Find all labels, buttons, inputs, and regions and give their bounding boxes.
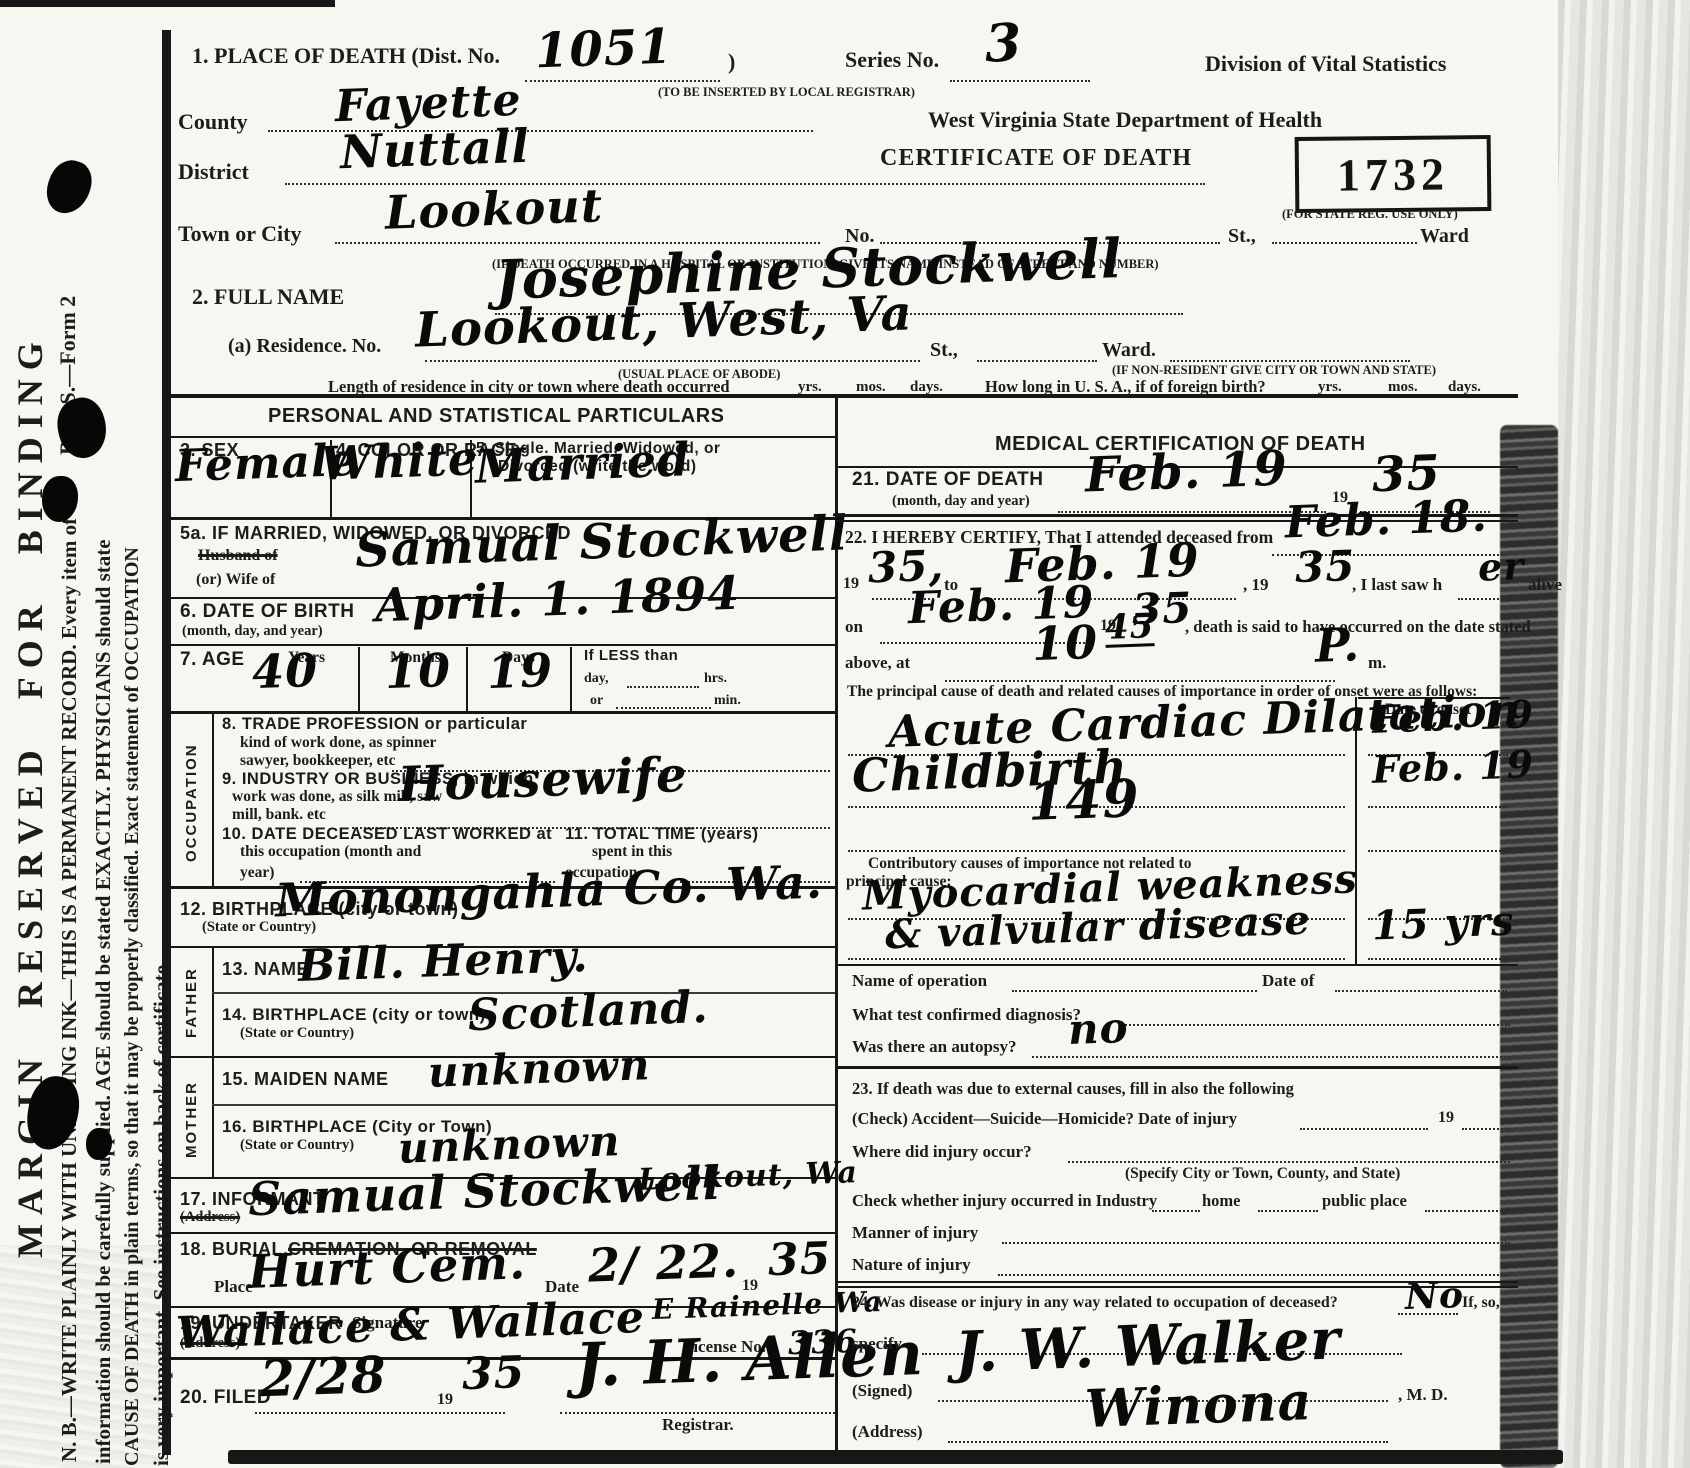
leader-line [1398,1313,1458,1315]
signed-label: (Signed) [852,1382,912,1400]
leader-line [948,1441,1388,1443]
where-injury-label: Where did injury occur? [852,1143,1032,1161]
printed-19: 19 [1438,1110,1454,1127]
injury-industry-label: Check whether injury occurred in Industr… [852,1192,1157,1209]
leader-line [1425,1210,1510,1212]
autopsy-value: no [1067,1007,1129,1051]
specify-label: specify [852,1335,902,1353]
leader-line [1068,1161,1510,1163]
leader-line [1152,1210,1200,1212]
leader-line [1300,1128,1428,1130]
leader-line [1012,990,1257,992]
leader-line [848,850,1345,852]
manner-injury-label: Manner of injury [852,1224,978,1242]
printed-19: 19 [843,576,859,593]
address-label: (Address) [852,1423,923,1441]
accident-check-label: (Check) Accident—Suicide—Homicide? Date … [852,1110,1237,1127]
leader-line [1002,1242,1510,1244]
operation-label: Name of operation [852,972,987,990]
cause-code-value: 149 [1027,773,1140,829]
rule-line [835,964,1518,966]
above-at-label: above, at [845,654,910,672]
contributory-duration: 15 yrs [1371,902,1515,947]
printed-19: , 19 [1243,576,1269,594]
death-time-minutes: 45 [1104,609,1155,648]
leader-line [1368,806,1508,808]
autopsy-label: Was there an autopsy? [852,1038,1017,1056]
specify-city-note: (Specify City or Town, County, and State… [1125,1166,1400,1182]
attended-from-value: Feb. 18. [1284,494,1488,545]
nature-injury-label: Nature of injury [852,1256,971,1274]
to-year-value: 35 [1294,545,1356,589]
date-of-death-label: 21. DATE OF DEATH [852,470,1043,490]
injury-public-label: public place [1322,1192,1407,1209]
m-label: m. [1368,654,1386,672]
injury-home-label: home [1202,1192,1241,1209]
leader-line [1122,1024,1510,1026]
external-causes-label: 23. If death was due to external causes,… [852,1080,1294,1097]
physician-address: Winona [1084,1376,1313,1436]
leader-line [1462,1128,1510,1130]
on-label: on [845,618,863,636]
death-date-value: Feb. 19 [1084,444,1288,499]
contributory-cause-2: & valvular disease [884,901,1311,956]
leader-line [1335,990,1507,992]
leader-line [1368,958,1508,960]
leader-line [1032,1056,1510,1058]
onset-date-1: Feb. 19 [1371,695,1534,739]
death-certificate-scan: MARGIN RESERVED FOR BINDING D. V. S.—For… [0,0,1690,1468]
if-so-label: If, so, [1462,1295,1500,1312]
operation-date-label: Date of [1262,972,1314,990]
leader-line [1458,598,1518,600]
leader-line [848,958,1345,960]
test-confirmed-label: What test confirmed diagnosis? [852,1006,1081,1024]
death-time-hour: 10 [1031,619,1099,667]
her-value: er [1477,547,1525,587]
leader-line [1368,850,1508,852]
occupation-related-value: No [1404,1277,1464,1315]
rule-line [835,1066,1518,1069]
date-of-death-sublabel: (month, day and year) [892,494,1030,509]
last-saw-label: , I last saw h [1352,576,1442,594]
alive-label: alive [1528,576,1562,594]
physician-signature: J. W. Walker [954,1311,1342,1380]
md-label: , M. D. [1398,1386,1448,1404]
death-time-pm: P. [1314,621,1361,669]
leader-line [1258,1210,1318,1212]
onset-date-2: Feb. 19 [1371,745,1534,789]
leader-line [945,680,1335,682]
medical-certification-section: MEDICAL CERTIFICATION OF DEATH 21. DATE … [0,0,1690,1468]
